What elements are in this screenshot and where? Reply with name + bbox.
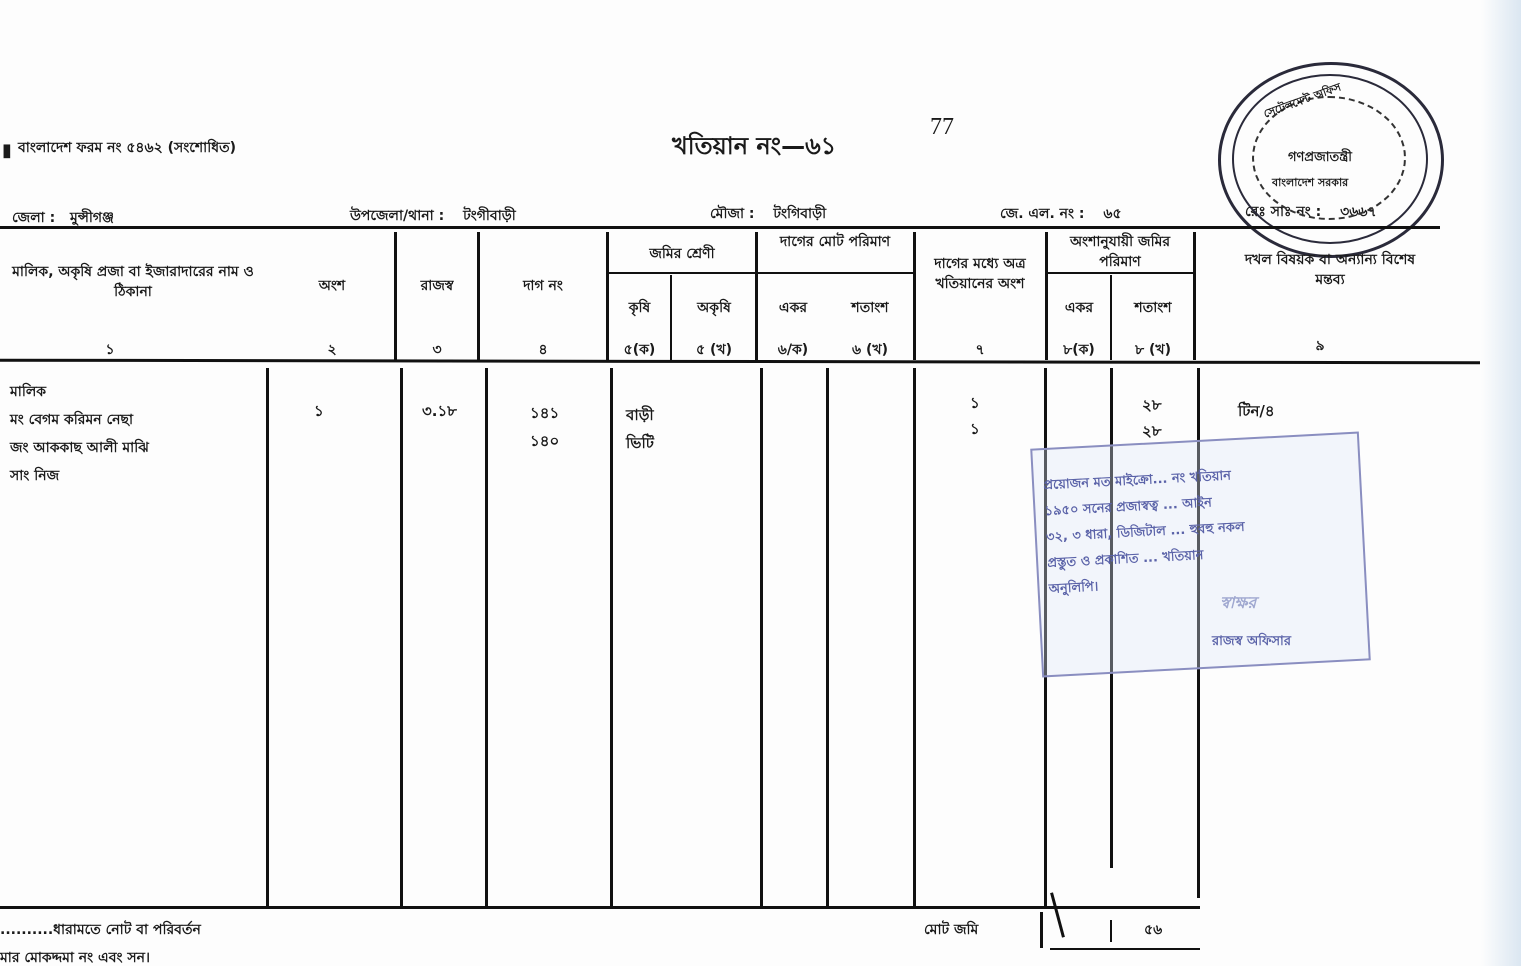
sub-header-line: [1047, 272, 1193, 274]
sub-header-line: [757, 272, 913, 274]
total-bracket: [1050, 892, 1065, 937]
col-number: ৫(ক): [609, 340, 670, 360]
header-dag-total-acre: একর: [758, 298, 828, 318]
owner-line: মং বেগম করিমন নেছা: [10, 406, 149, 434]
header-dag-total: দাগের মোট পরিমাণ: [770, 232, 900, 252]
owner-cell: মালিক মং বেগম করিমন নেছা জং আককাছ আলী মা…: [10, 378, 149, 490]
header-share-in-dag: দাগের মধ্যে অত্র খতিয়ানের অংশ: [918, 254, 1042, 294]
col-divider: [913, 232, 916, 360]
col-divider: [670, 275, 672, 360]
share-in-dag-value: ১: [970, 392, 980, 417]
header-share: অংশ: [270, 276, 394, 296]
col-number: ১: [60, 340, 160, 360]
total-label: মোট জমি: [924, 918, 978, 942]
col-divider: [485, 368, 488, 908]
stamp-officer: রাজস্ব অফিসার: [1212, 632, 1291, 653]
header-share-land-acre: একর: [1048, 298, 1110, 318]
col-number: ২: [270, 340, 394, 360]
col-divider: [826, 368, 829, 908]
seal-bottom-text: বাংলাদেশ সরকার: [1272, 174, 1348, 193]
owner-line: জং আককাছ আলী মাঝি: [10, 434, 149, 462]
share-decimal-value: ২৮: [1142, 394, 1162, 419]
total-divider: [1110, 920, 1112, 942]
header-owner: মালিক, অকৃষি প্রজা বা ইজারাদারের নাম ও ঠ…: [0, 262, 266, 302]
table-top-border: [0, 226, 1440, 229]
form-label: বাংলাদেশ ফরম নং ৫৪৬২ (সংশোধিত): [18, 136, 236, 160]
header-revenue: রাজস্ব: [397, 276, 477, 296]
jl-field: জে. এল. নং : ৬৫: [1000, 202, 1122, 226]
col-number: ৫ (খ): [673, 340, 755, 360]
document-title: খতিয়ান নং—৬১: [672, 128, 836, 168]
mouza-value: টংগিবাড়ী: [773, 206, 826, 222]
mouza-field: মৌজা : টংগিবাড়ী: [710, 202, 826, 226]
col-number: ৮(ক): [1048, 340, 1110, 360]
jl-label: জে. এল. নং :: [1000, 206, 1085, 222]
upazila-value: টংগীবাড়ী: [463, 208, 516, 224]
share-value: ১: [314, 400, 324, 425]
header-land-class: জমির শ্রেণী: [609, 244, 755, 264]
seal-middle-text: গণপ্রজাতন্ত্রী: [1288, 148, 1352, 169]
col-divider: [913, 368, 916, 908]
owner-line: মালিক: [10, 378, 149, 406]
district-value: মুন্সীগঞ্জ: [70, 210, 114, 226]
header-land-class-nonagri: অকৃষি: [673, 298, 755, 318]
header-remarks: দখল বিষয়ক বা অন্যান্য বিশেষ মন্তব্য: [1230, 250, 1430, 290]
page-number: 77: [930, 114, 954, 141]
header-dag-total-decimal: শতাংশ: [830, 298, 910, 318]
col-number: ৩: [397, 340, 477, 360]
col-number: ৬/ক): [758, 340, 828, 360]
upazila-label: উপজেলা/থানা :: [350, 208, 444, 224]
col-number: ৪: [480, 340, 606, 360]
header-share-land: অংশানুযায়ী জমির পরিমাণ: [1050, 232, 1190, 272]
remarks-value: টিন/৪: [1238, 400, 1275, 425]
page-edge-shadow: [1481, 0, 1521, 966]
col-number: ৮ (খ): [1113, 340, 1193, 360]
header-dag-no: দাগ নং: [480, 276, 606, 296]
col-divider: [400, 368, 403, 908]
owner-line: সাং নিজ: [10, 462, 149, 490]
dag-no-value: ১৪০: [530, 430, 559, 455]
col-divider: [610, 368, 613, 908]
dag-no-value: ১৪১: [530, 402, 559, 427]
header-share-land-decimal: শতাংশ: [1113, 298, 1193, 318]
col-divider: [1193, 232, 1196, 360]
share-in-dag-value: ১: [970, 418, 980, 443]
revenue-value: ৩.১৮: [422, 400, 457, 425]
total-value: ৫৬: [1144, 918, 1162, 942]
col-number: ৯: [1260, 336, 1380, 356]
mouza-label: মৌজা :: [710, 206, 755, 222]
land-class-value: ভিটি: [626, 432, 654, 457]
land-class-value: বাড়ী: [626, 404, 654, 429]
table-bottom-border: [0, 906, 1200, 909]
hole-punch-mark: ▮: [2, 140, 12, 161]
col-number: ৭: [918, 340, 1042, 360]
certification-text: প্রয়োজন মত মাইক্রো... নং খতিয়ান ১৯৫০ স…: [1043, 463, 1248, 603]
col-divider: [266, 368, 269, 908]
stamp-signature: স্বাক্ষর: [1220, 590, 1256, 617]
header-land-class-agri: কৃষি: [609, 298, 670, 318]
upazila-field: উপজেলা/থানা : টংগীবাড়ী: [350, 204, 516, 228]
col-divider: [1110, 275, 1112, 360]
footer-note-line2: মার মোকদ্দমা নং এবং সন।: [0, 946, 150, 966]
footer-note-line1: ..........ধারামতে নোট বা পরিবর্তন: [0, 918, 201, 942]
sub-header-line: [608, 272, 756, 274]
jl-value: ৬৫: [1103, 206, 1121, 222]
district-label: জেলা :: [12, 210, 55, 226]
col-number: ৬ (খ): [830, 340, 910, 360]
col-divider: [760, 368, 763, 908]
total-underline: [1050, 948, 1200, 950]
total-bracket: [1040, 912, 1043, 948]
